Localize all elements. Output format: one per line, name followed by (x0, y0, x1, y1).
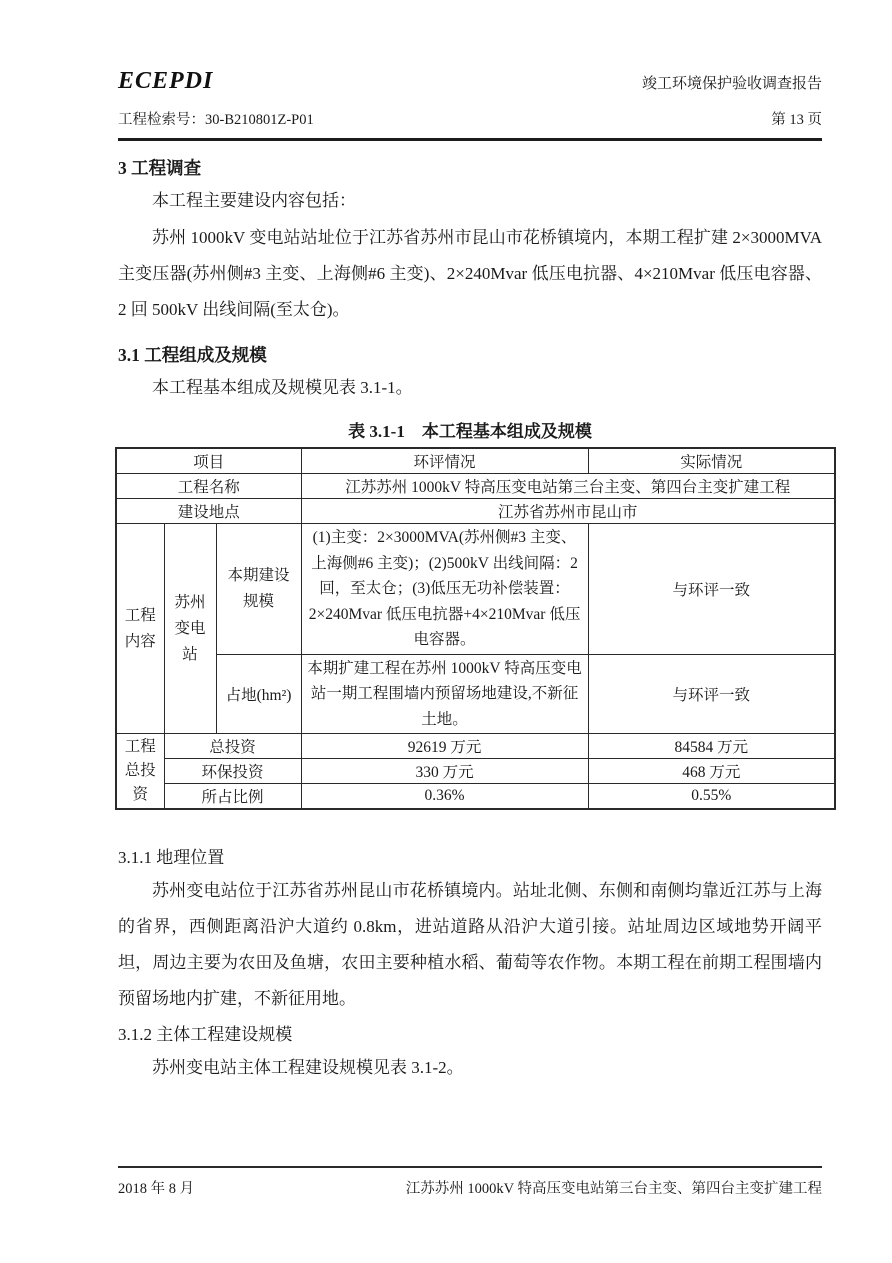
scale-eia-value: (1)主变：2×3000MVA(苏州侧#3 主变、上海侧#6 主变)；(2)50… (301, 524, 588, 655)
section-3-1-heading: 3.1 工程组成及规模 (118, 341, 822, 369)
footer-date: 2018 年 8 月 (118, 1177, 194, 1198)
page-footer: 2018 年 8 月 江苏苏州 1000kV 特高压变电站第三台主变、第四台主变… (118, 1166, 822, 1198)
area-label: 占地(hm²) (216, 654, 301, 734)
project-scale-table: 项目 环评情况 实际情况 工程名称 江苏苏州 1000kV 特高压变电站第三台主… (115, 447, 836, 810)
scale-label: 本期建设 规模 (216, 524, 301, 655)
table-row: 建设地点 江苏省苏州市昆山市 (116, 499, 835, 524)
scale-actual-value: 与环评一致 (588, 524, 835, 655)
env-investment-eia: 330 万元 (301, 759, 588, 784)
page-content: ECEPDI 竣工环境保护验收调查报告 工程检索号：30-B210801Z-P0… (118, 0, 822, 1086)
table-row: 工程 内容 苏州 变电 站 本期建设 规模 (1)主变：2×3000MVA(苏州… (116, 524, 835, 655)
intro-paragraph: 本工程主要建设内容包括： (118, 183, 822, 219)
section-3-1-1-paragraph: 苏州变电站位于江苏省苏州昆山市花桥镇境内。站址北侧、东侧和南侧均靠近江苏与上海的… (118, 873, 822, 1017)
doc-index-number: 工程检索号：30-B210801Z-P01 (118, 108, 314, 129)
investment-group-label: 工程 总投 资 (116, 734, 164, 810)
section-3-1-2-heading: 3.1.2 主体工程建设规模 (118, 1021, 822, 1049)
overview-paragraph: 苏州 1000kV 变电站站址位于江苏省苏州市昆山市花桥镇境内，本期工程扩建 2… (118, 220, 822, 328)
content-group-label: 工程 内容 (116, 524, 164, 734)
table-row: 占地(hm²) 本期扩建工程在苏州 1000kV 特高压变电站一期工程围墙内预留… (116, 654, 835, 734)
table-row: 环保投资 330 万元 468 万元 (116, 759, 835, 784)
footer-project-name: 江苏苏州 1000kV 特高压变电站第三台主变、第四台主变扩建工程 (406, 1177, 822, 1198)
ratio-label: 所占比例 (164, 784, 301, 810)
project-name-label: 工程名称 (116, 474, 301, 499)
table-row: 工程名称 江苏苏州 1000kV 特高压变电站第三台主变、第四台主变扩建工程 (116, 474, 835, 499)
project-name-value: 江苏苏州 1000kV 特高压变电站第三台主变、第四台主变扩建工程 (301, 474, 835, 499)
chapter-heading: 3 工程调查 (118, 154, 822, 182)
header-rule (118, 138, 822, 141)
page-header: ECEPDI 竣工环境保护验收调查报告 (118, 0, 822, 95)
area-eia-value: 本期扩建工程在苏州 1000kV 特高压变电站一期工程围墙内预留场地建设,不新征… (301, 654, 588, 734)
table-caption: 表 3.1-1 本工程基本组成及规模 (118, 417, 822, 442)
table-row: 所占比例 0.36% 0.55% (116, 784, 835, 810)
ratio-actual: 0.55% (588, 784, 835, 810)
col-header-item: 项目 (116, 448, 301, 474)
location-label: 建设地点 (116, 499, 301, 524)
station-label: 苏州 变电 站 (164, 524, 216, 734)
area-actual-value: 与环评一致 (588, 654, 835, 734)
col-header-eia: 环评情况 (301, 448, 588, 474)
header-subline: 工程检索号：30-B210801Z-P01 第 13 页 (118, 108, 822, 129)
table-row: 工程 总投 资 总投资 92619 万元 84584 万元 (116, 734, 835, 759)
location-value: 江苏省苏州市昆山市 (301, 499, 835, 524)
table-header-row: 项目 环评情况 实际情况 (116, 448, 835, 474)
section-3-1-2-paragraph: 苏州变电站主体工程建设规模见表 3.1-2。 (118, 1050, 822, 1086)
env-investment-label: 环保投资 (164, 759, 301, 784)
report-title: 竣工环境保护验收调查报告 (642, 72, 822, 95)
total-investment-eia: 92619 万元 (301, 734, 588, 759)
total-investment-actual: 84584 万元 (588, 734, 835, 759)
page-number: 第 13 页 (771, 108, 822, 129)
col-header-actual: 实际情况 (588, 448, 835, 474)
section-3-1-paragraph: 本工程基本组成及规模见表 3.1-1。 (118, 370, 822, 406)
env-investment-actual: 468 万元 (588, 759, 835, 784)
document-page: ECEPDI 竣工环境保护验收调查报告 工程检索号：30-B210801Z-P0… (0, 0, 892, 1263)
total-investment-label: 总投资 (164, 734, 301, 759)
ratio-eia: 0.36% (301, 784, 588, 810)
company-logo: ECEPDI (118, 68, 213, 95)
section-3-1-1-heading: 3.1.1 地理位置 (118, 844, 822, 872)
footer-rule (118, 1166, 822, 1168)
